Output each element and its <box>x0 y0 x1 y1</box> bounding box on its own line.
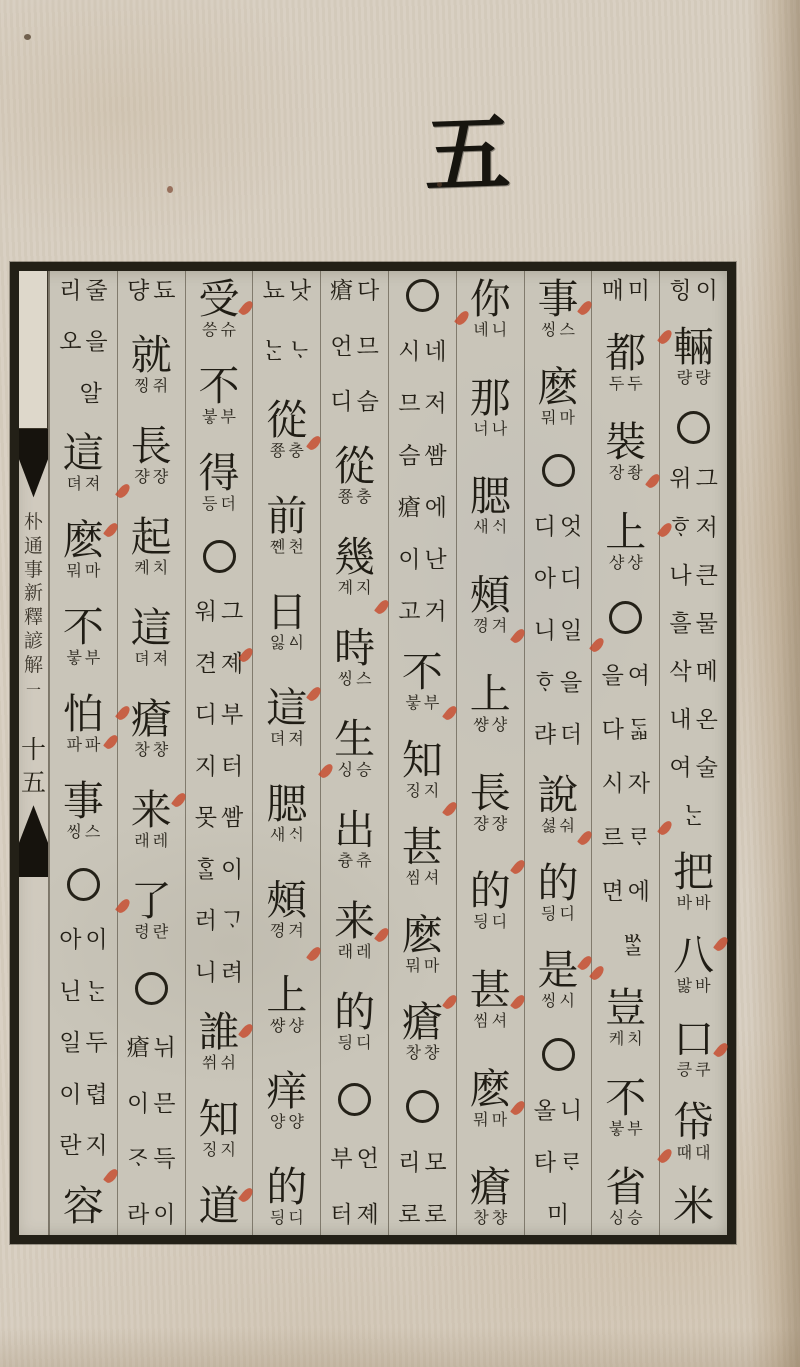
hangul-translation-row: 다ᄃᆞᆲ <box>602 718 650 742</box>
gloss-left: 뭐 <box>541 409 556 427</box>
gloss-left: 뭐 <box>473 1111 488 1129</box>
hanzi-char: 怕 <box>63 694 104 735</box>
gloss-right: 부 <box>221 408 236 426</box>
hangul-left: 이 <box>59 1083 81 1107</box>
gloss-left: 쒸 <box>202 1054 217 1072</box>
pronunciation-gloss: 너나 <box>473 420 507 438</box>
hanzi-char: 長 <box>131 426 172 467</box>
pronunciation-gloss: 싱승 <box>338 761 372 779</box>
red-tone-mark <box>318 762 335 780</box>
hanzi-unit: 都두두 <box>605 333 646 393</box>
hanzi-unit: 道 <box>199 1186 240 1227</box>
hangul-right: 에 <box>425 496 447 520</box>
pronunciation-gloss: 켸치 <box>134 559 168 577</box>
gloss-right: 쟝 <box>153 468 168 486</box>
hangul-translation-row: 을여 <box>602 664 650 688</box>
pronunciation-gloss: 뎌져 <box>66 475 100 493</box>
hanzi-char: 都 <box>605 333 646 374</box>
hanzi-unit: 起켸치 <box>131 517 172 577</box>
section-circle <box>406 1090 439 1123</box>
gloss-right: 바 <box>695 977 710 995</box>
pronunciation-gloss: 씸셔 <box>473 1012 507 1030</box>
hangul-right: 려 <box>221 961 243 985</box>
hangul-left: 디 <box>534 515 556 539</box>
hanzi-unit: 幾계지 <box>334 537 375 597</box>
hanzi-unit: 帒때대 <box>673 1102 714 1162</box>
gloss-right: 쥐 <box>153 377 168 395</box>
gloss-right: 스 <box>356 670 371 688</box>
hangul-left: 위 <box>669 467 691 491</box>
hanzi-char: 把 <box>673 852 714 893</box>
hangul-right: 에 <box>628 880 650 904</box>
pronunciation-gloss: 딍디 <box>541 905 575 923</box>
section-circle <box>338 1083 371 1116</box>
gloss-right: 숴 <box>560 817 575 835</box>
text-column: 事씽스麽뭐마디엇아디니일ᄒᆞ을랴더說셣숴的딍디是씽시올니타ᄅᆞ미 <box>524 271 592 1235</box>
hangul-translation-row: 디슴 <box>330 390 378 414</box>
gloss-right: 양 <box>288 1113 303 1131</box>
hangul-left: 러 <box>195 909 217 933</box>
hanzi-char: 麽 <box>470 1069 511 1110</box>
hangul-left: 란 <box>59 1134 81 1158</box>
gloss-right: ᄉᆡ <box>492 518 507 536</box>
section-circle <box>609 601 642 634</box>
hanzi-unit: 說셣숴 <box>538 775 579 835</box>
pronunciation-gloss: 씽스 <box>66 823 100 841</box>
hanzi-unit: 長쟝쟝 <box>470 773 511 833</box>
hanzi-char: 八 <box>673 935 714 976</box>
hangul-left: 나 <box>669 564 691 588</box>
hangul-translation-row: 瘡다 <box>330 279 379 303</box>
hangul-right: 물 <box>696 612 718 636</box>
gloss-left: 찡 <box>134 377 149 395</box>
hanzi-unit: 從쭁충 <box>266 400 307 460</box>
hangul-translation-row: ᄂᆞᆫᄂᆞ <box>263 339 311 363</box>
hangul-translation-row: 닌ᄂᆞᆫ <box>59 980 107 1004</box>
hangul-right: ᄅᆞ <box>628 826 650 850</box>
hanzi-char: 事 <box>63 781 104 822</box>
text-column: 시네므저슴ᄲᅡᆷ瘡에이난고거不붛부知징지甚씸셔麽뭐마瘡창챵리모로로 <box>388 271 456 1235</box>
hangul-left: 니 <box>195 961 217 985</box>
text-column: 매미都두두裝장좡上샹샹을여다ᄃᆞᆲ시자르ᄅᆞ면에ᄡᆞᆯ豈케치不붛부省싱승 <box>591 271 659 1235</box>
hanzi-char: 幾 <box>334 537 375 578</box>
gloss-right: 량 <box>695 369 710 387</box>
hangul-left: 여 <box>669 756 691 780</box>
hangul-translation-row: 못ᄲᅡᆷ <box>195 806 243 830</box>
fishtail-mark-top <box>19 429 48 501</box>
hanzi-unit: 米 <box>673 1186 714 1227</box>
hangul-right: 저 <box>424 392 446 416</box>
hangul-translation-row: 견졔 <box>195 652 243 676</box>
gloss-left: 딍 <box>541 905 556 923</box>
hanzi-char: 前 <box>266 496 307 537</box>
hangul-translation-char: ᄡᆞᆯ <box>622 934 644 958</box>
hanzi-unit: 這뎌져 <box>63 433 104 493</box>
gloss-right: 디 <box>356 1034 371 1052</box>
hangul-right: 이 <box>221 858 243 882</box>
red-tone-mark <box>589 964 606 982</box>
hanzi-char: 省 <box>605 1167 646 1208</box>
pronunciation-gloss: 씸셔 <box>405 869 439 887</box>
hangul-translation-row: 뇨낫 <box>263 279 311 303</box>
gloss-right: ᄉᆡ <box>288 826 303 844</box>
gloss-left: 녜 <box>473 321 488 339</box>
hanzi-char: 你 <box>470 279 511 320</box>
pronunciation-gloss: 창챵 <box>473 1209 507 1227</box>
gloss-right: 디 <box>560 905 575 923</box>
hangul-right: 이 <box>696 279 718 303</box>
hanzi-unit: 不붛부 <box>199 366 240 426</box>
hangul-left: 삭 <box>669 660 691 684</box>
hangul-right: 로 <box>424 1203 446 1227</box>
red-tone-mark <box>589 636 606 654</box>
gloss-right: 지 <box>424 782 439 800</box>
pronunciation-gloss: 잃ᅀᅵ <box>270 634 304 652</box>
gloss-right: 디 <box>492 913 507 931</box>
gloss-left: 셣 <box>541 817 556 835</box>
gloss-left: 뎌 <box>270 730 285 748</box>
gloss-left: 딍 <box>473 913 488 931</box>
hangul-right: 미 <box>628 279 650 303</box>
pronunciation-gloss: 바바 <box>677 894 711 912</box>
gloss-left: 쟝 <box>473 815 488 833</box>
hangul-right: 이 <box>153 1203 175 1227</box>
pronunciation-gloss: 딍디 <box>338 1034 372 1052</box>
gloss-left: 뭐 <box>66 562 81 580</box>
gloss-left: 싱 <box>609 1209 624 1227</box>
gloss-left: 쭁 <box>270 442 285 460</box>
gloss-left: 꼉 <box>473 617 488 635</box>
hanzi-char: 從 <box>266 400 307 441</box>
hangul-right: 네 <box>424 340 446 364</box>
hangul-translation-row: 르ᄅᆞ <box>602 826 650 850</box>
hangul-left: 瘡 <box>127 1036 150 1060</box>
hanzi-unit: 這뎌져 <box>266 688 307 748</box>
hangul-left: 라 <box>127 1203 149 1227</box>
pronunciation-gloss: 씽스 <box>541 321 575 339</box>
red-tone-mark <box>454 308 471 326</box>
hangul-right: 언 <box>357 1147 379 1171</box>
hangul-translation-row: 니려 <box>195 961 243 985</box>
hangul-left: 을 <box>602 664 624 688</box>
gloss-left: 딍 <box>338 1034 353 1052</box>
hangul-translation-row: 터졔 <box>330 1203 378 1227</box>
hanzi-unit: 長쟝쟝 <box>131 426 172 486</box>
hanzi-char: 麽 <box>63 520 104 561</box>
hangul-right: 디 <box>560 567 582 591</box>
pronunciation-gloss: 썅샹 <box>270 1017 304 1035</box>
pronunciation-gloss: 딍디 <box>473 913 507 931</box>
hangul-right: 졔 <box>357 1203 379 1227</box>
gloss-left: 밣 <box>677 977 692 995</box>
hanzi-char: 受 <box>199 279 240 320</box>
gloss-left: 씸 <box>473 1012 488 1030</box>
pronunciation-gloss: 징지 <box>202 1141 236 1159</box>
hangul-translation-row: 디부 <box>195 703 243 727</box>
hangul-translation-row: 이난 <box>398 548 446 572</box>
hangul-right: 을 <box>85 330 107 354</box>
gloss-left: 꼉 <box>270 922 285 940</box>
hangul-left: 리 <box>398 1151 420 1175</box>
hanzi-char: 這 <box>63 433 104 474</box>
pronunciation-gloss: 래레 <box>134 832 168 850</box>
section-circle <box>677 411 710 444</box>
gloss-left: 새 <box>473 518 488 536</box>
hangul-right: ᄲᅡᆷ <box>424 444 446 468</box>
hanzi-char: 腮 <box>470 476 511 517</box>
hangul-right: 두 <box>85 1031 107 1055</box>
hangul-right: 자 <box>628 772 650 796</box>
gloss-left: 뎌 <box>66 475 81 493</box>
gloss-left: 파 <box>66 736 81 754</box>
hangul-right: 다 <box>357 279 379 303</box>
hangul-right: ᄅᆞ <box>560 1151 582 1175</box>
hangul-left: 다 <box>602 718 624 742</box>
hangul-left: 뇨 <box>263 279 285 303</box>
hanzi-char: 的 <box>470 871 511 912</box>
gloss-right: 져 <box>85 475 100 493</box>
hangul-right: 일 <box>560 619 582 643</box>
gloss-right: 레 <box>356 943 371 961</box>
paper-speck <box>437 182 442 187</box>
gloss-left: 붛 <box>405 694 420 712</box>
hangul-translation-row: 리모 <box>398 1151 446 1175</box>
hanzi-unit: 腮새ᄉᆡ <box>266 784 307 844</box>
pronunciation-gloss: 뎌져 <box>134 650 168 668</box>
hangul-translation-row: 러ᄀᆞ <box>195 909 243 933</box>
pronunciation-gloss: 쪤천 <box>270 538 304 556</box>
gloss-right: 져 <box>288 730 303 748</box>
hanzi-char: 這 <box>266 688 307 729</box>
gloss-left: 래 <box>134 832 149 850</box>
hangul-left: 타 <box>534 1151 556 1175</box>
hanzi-char: 誰 <box>199 1012 240 1053</box>
pronunciation-gloss: 밣바 <box>677 977 711 995</box>
gloss-right: 마 <box>424 957 439 975</box>
hangul-left: 아 <box>534 567 556 591</box>
hanzi-char: 不 <box>199 366 240 407</box>
hanzi-unit: 時씽스 <box>334 628 375 688</box>
red-tone-mark <box>115 897 132 915</box>
gloss-right: 져 <box>153 650 168 668</box>
red-tone-mark <box>657 819 674 837</box>
section-circle <box>542 1038 575 1071</box>
hangul-right: 여 <box>628 664 650 688</box>
gloss-right: 샹 <box>288 1017 303 1035</box>
hangul-left: 로 <box>398 1203 420 1227</box>
section-circle <box>67 868 100 901</box>
gloss-right: 좡 <box>627 464 642 482</box>
gloss-left: 붛 <box>609 1120 624 1138</box>
spine-volume-number: 一 <box>26 679 41 700</box>
gloss-left: 싱 <box>338 761 353 779</box>
hanzi-char: 從 <box>334 446 375 487</box>
hangul-right: 줄 <box>85 279 107 303</box>
gloss-left: 씽 <box>338 670 353 688</box>
hanzi-char: 瘡 <box>470 1167 511 1208</box>
hanzi-unit: 事씽스 <box>63 781 104 841</box>
hanzi-char: 時 <box>334 628 375 669</box>
hanzi-char: 知 <box>199 1099 240 1140</box>
hangul-left: 못 <box>195 806 217 830</box>
hanzi-unit: 麽뭐마 <box>402 915 443 975</box>
hanzi-unit: 頰꼉겨 <box>470 575 511 635</box>
hanzi-unit: 上썅샹 <box>470 674 511 734</box>
hanzi-unit: 誰쒸쉬 <box>199 1012 240 1072</box>
hanzi-char: 麽 <box>402 915 443 956</box>
hangul-translation-row: 오을 <box>59 330 107 354</box>
pronunciation-gloss: 뭐마 <box>66 562 100 580</box>
hangul-translation-char: 미 <box>547 1203 569 1227</box>
hangul-left: 瘡 <box>330 279 353 303</box>
hangul-left: 디 <box>330 390 352 414</box>
gloss-left: 징 <box>405 782 420 800</box>
paper-edge-right <box>748 0 800 1367</box>
gloss-left: 량 <box>677 369 692 387</box>
gloss-right: 승 <box>627 1209 642 1227</box>
hangul-right: 난 <box>424 548 446 572</box>
hanzi-char: 不 <box>605 1078 646 1119</box>
hanzi-unit: 知징지 <box>199 1099 240 1159</box>
hanzi-unit: 受씅슈 <box>199 279 240 339</box>
hangul-translation-row: 워그 <box>195 600 243 624</box>
paper-edge-bottom <box>0 1327 800 1367</box>
hangul-left: ᄒᆞ <box>669 516 691 540</box>
hangul-translation-row: 랴더 <box>534 723 582 747</box>
hanzi-char: 帒 <box>673 1102 714 1143</box>
gloss-left: 계 <box>338 579 353 597</box>
hanzi-unit: 不붛부 <box>63 607 104 667</box>
hangul-right: 온 <box>696 708 718 732</box>
gloss-left: 두 <box>609 375 624 393</box>
pronunciation-gloss: 뎌져 <box>270 730 304 748</box>
hanzi-char: 說 <box>538 775 579 816</box>
hanzi-unit: 你녜니 <box>470 279 511 339</box>
hangul-left: ᄒᆞ <box>534 671 556 695</box>
hangul-translation-row: 지터 <box>195 755 243 779</box>
hanzi-char: 長 <box>470 773 511 814</box>
hangul-translation-row: 일두 <box>59 1031 107 1055</box>
gloss-right: 챵 <box>424 1044 439 1062</box>
hangul-translation-row: 댱됴 <box>127 279 175 303</box>
hangul-translation-row: 올니 <box>534 1099 582 1123</box>
gloss-left: 때 <box>677 1144 692 1162</box>
hanzi-char: 這 <box>131 608 172 649</box>
section-circle <box>203 540 236 573</box>
gloss-right: 겨 <box>288 922 303 940</box>
pronunciation-gloss: 꼉겨 <box>270 922 304 940</box>
gloss-left: 씅 <box>202 321 217 339</box>
hangul-left: 오 <box>59 330 81 354</box>
pronunciation-gloss: 킁쿠 <box>677 1061 711 1079</box>
gloss-right: 마 <box>492 1111 507 1129</box>
gloss-right: ᅀᅵ <box>288 634 303 652</box>
hangul-translation-row: 내온 <box>669 708 717 732</box>
hanzi-unit: 怕파파 <box>63 694 104 754</box>
hangul-right: 메 <box>696 660 718 684</box>
hangul-translation-row: 란지 <box>59 1134 107 1158</box>
text-block: 힝이輛량량위그ᄒᆞ저나큰흘물삭메내온여술ᄂᆞᆫ把바바八밣바口킁쿠帒때대米매미都두… <box>10 262 736 1244</box>
hanzi-unit: 出츙츄 <box>334 810 375 870</box>
hangul-right: 뉘 <box>154 1036 176 1060</box>
hangul-right: 므 <box>357 335 379 359</box>
hangul-right: 믄 <box>153 1092 175 1116</box>
hanzi-char: 頰 <box>470 575 511 616</box>
spine-title-char: 通 <box>24 535 43 559</box>
hanzi-unit: 豈케치 <box>605 988 646 1048</box>
text-column: 瘡다언므디슴從쭁충幾계지時씽스生싱승出츙츄来래레的딍디부언터졔 <box>320 271 388 1235</box>
hangul-left: 흘 <box>669 612 691 636</box>
pronunciation-gloss: 붛부 <box>202 408 236 426</box>
hanzi-char: 出 <box>334 810 375 851</box>
hangul-translation-row: 면에 <box>602 880 650 904</box>
pronunciation-gloss: 츙츄 <box>338 852 372 870</box>
hanzi-unit: 就찡쥐 <box>131 335 172 395</box>
text-column: 你녜니那너나腮새ᄉᆡ頰꼉겨上썅샹長쟝쟝的딍디甚씸셔麽뭐마瘡창챵 <box>456 271 524 1235</box>
spine-title-char: 朴 <box>24 511 43 535</box>
hanzi-unit: 的딍디 <box>266 1167 307 1227</box>
hanzi-char: 頰 <box>266 880 307 921</box>
gloss-left: 샹 <box>609 554 624 572</box>
gloss-right: 레 <box>153 832 168 850</box>
pronunciation-gloss: 창챵 <box>405 1044 439 1062</box>
gloss-right: 부 <box>627 1120 642 1138</box>
folio-page-number: 五 <box>418 110 518 200</box>
gloss-right: 마 <box>85 562 100 580</box>
hanzi-char: 甚 <box>470 970 511 1011</box>
hanzi-char: 麽 <box>538 367 579 408</box>
hanzi-unit: 日잃ᅀᅵ <box>266 592 307 652</box>
hanzi-unit: 知징지 <box>402 740 443 800</box>
spine-title-char: 新 <box>24 582 43 606</box>
gloss-right: 치 <box>153 559 168 577</box>
hanzi-char: 裝 <box>605 422 646 463</box>
text-column: 受씅슈不붛부得등더워그견졔디부지터못ᄲᅡᆷᄒᆞᆯ이러ᄀᆞ니려誰쒸쉬知징지道 <box>185 271 253 1235</box>
hangul-left: ᄒᆞᆯ <box>195 858 217 882</box>
gloss-right: 바 <box>695 894 710 912</box>
hangul-left: 견 <box>195 652 217 676</box>
gloss-right: 셔 <box>492 1012 507 1030</box>
gloss-left: 창 <box>134 741 149 759</box>
hanzi-char: 不 <box>63 607 104 648</box>
gloss-right: 니 <box>492 321 507 339</box>
hanzi-char: 了 <box>131 881 172 922</box>
hanzi-char: 痒 <box>266 1071 307 1112</box>
hangul-right: 술 <box>696 756 718 780</box>
pronunciation-gloss: 장좡 <box>609 464 643 482</box>
hangul-right: 지 <box>85 1134 107 1158</box>
pronunciation-gloss: 셣숴 <box>541 817 575 835</box>
hanzi-unit: 前쪤천 <box>266 496 307 556</box>
hangul-left: 터 <box>330 1203 352 1227</box>
hangul-left: 시 <box>398 340 420 364</box>
gloss-left: 켸 <box>134 559 149 577</box>
hangul-left: 워 <box>195 600 217 624</box>
hanzi-unit: 的딍디 <box>470 871 511 931</box>
pronunciation-gloss: 케치 <box>609 1030 643 1048</box>
gloss-left: 뭐 <box>405 957 420 975</box>
pronunciation-gloss: 쭁충 <box>270 442 304 460</box>
gloss-left: 바 <box>677 894 692 912</box>
hangul-left: 고 <box>398 600 420 624</box>
hanzi-unit: 瘡창챵 <box>131 699 172 759</box>
hangul-translation-row: 시자 <box>602 772 650 796</box>
spine-margin: 朴通事新釋諺解 一 十五 <box>19 271 49 1235</box>
gloss-left: 씸 <box>405 869 420 887</box>
red-tone-mark <box>115 704 132 722</box>
gloss-left: 붛 <box>202 408 217 426</box>
hanzi-unit: 上썅샹 <box>266 975 307 1035</box>
